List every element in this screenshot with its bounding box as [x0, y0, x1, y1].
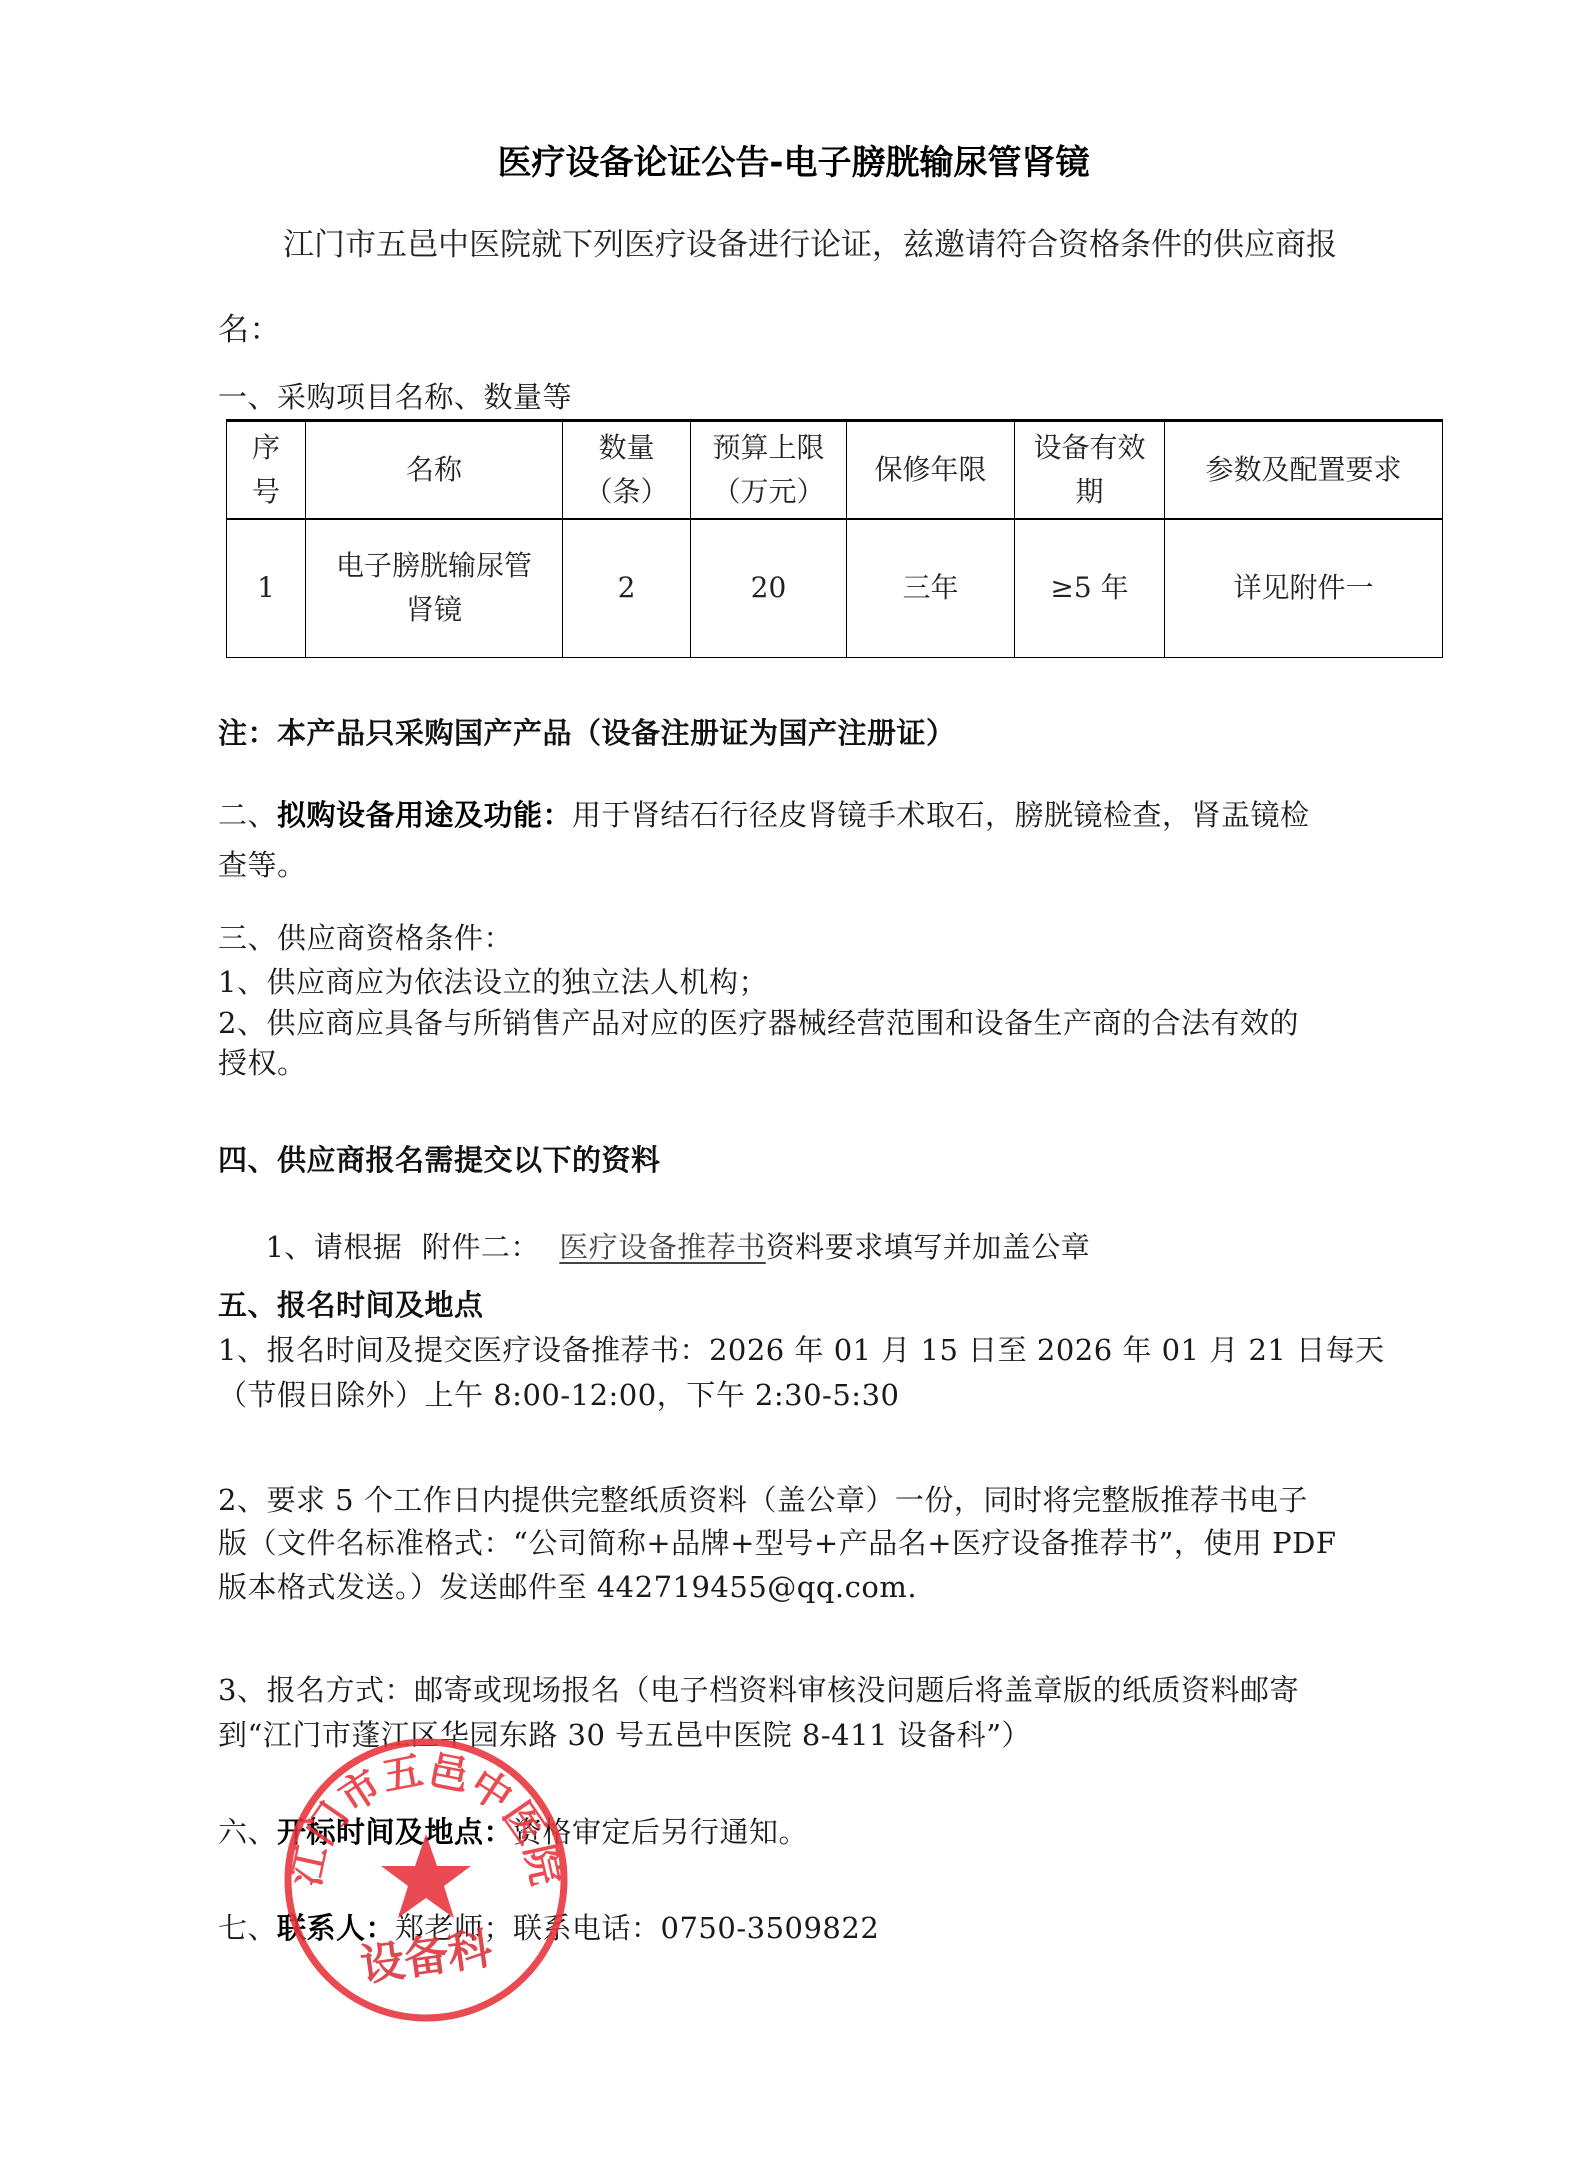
domestic-product-note: 注：本产品只采购国产产品（设备注册证为国产注册证）: [218, 713, 956, 753]
col-header-validity: 设备有效期: [1015, 421, 1165, 519]
section-4-heading: 四、供应商报名需提交以下的资料: [218, 1140, 661, 1180]
intro-text: 江门市五邑中医院就下列医疗设备进行论证，兹邀请符合资格条件的供应商报: [283, 224, 1337, 266]
qualification-item-2-continued: 授权。: [218, 1043, 307, 1083]
recommendation-form-link[interactable]: 医疗设备推荐书: [559, 1230, 766, 1264]
submission-requirement-line-3: 版本格式发送。）发送邮件至 442719455@qq.com.: [218, 1567, 917, 1607]
official-seal-stamp: 江门市五邑中医院 设备科: [282, 1736, 570, 2024]
section-7-prefix: 七、: [218, 1911, 277, 1945]
submission-requirement-line-1: 2、要求 5 个工作日内提供完整纸质资料（盖公章）一份，同时将完整版推荐书电子: [218, 1480, 1308, 1520]
cell-validity: ≥5 年: [1015, 519, 1165, 658]
section-6-text: 资格审定后另行通知。: [513, 1815, 808, 1849]
submission-requirement-line-2: 版（文件名标准格式：“公司简称+品牌+型号+产品名+医疗设备推荐书”，使用 PD…: [218, 1523, 1336, 1563]
col-header-requirements: 参数及配置要求: [1165, 421, 1443, 519]
section-6-prefix: 六、: [218, 1815, 277, 1849]
intro-text-continued: 名：: [218, 310, 281, 350]
registration-time-line-1: 1、报名时间及提交医疗设备推荐书：2026 年 01 月 15 日至 2026 …: [218, 1330, 1385, 1370]
table-header-row: 序号 名称 数量（条） 预算上限（万元） 保修年限 设备有效期 参数及配置要求: [227, 421, 1443, 519]
section-2-label: 拟购设备用途及功能：: [277, 798, 572, 832]
table-row: 1 电子膀胱输尿管肾镜 2 20 三年 ≥5 年 详见附件一: [227, 519, 1443, 658]
section-3-heading: 三、供应商资格条件：: [218, 918, 513, 958]
section-7-paragraph: 七、联系人：郑老师；联系电话：0750-3509822: [218, 1908, 879, 1948]
section-7-text: 郑老师；联系电话：0750-3509822: [395, 1911, 879, 1945]
cell-quantity: 2: [563, 519, 691, 658]
cell-budget: 20: [691, 519, 847, 658]
section-1-heading: 一、采购项目名称、数量等: [218, 377, 572, 417]
document-title: 医疗设备论证公告-电子膀胱输尿管肾镜: [0, 140, 1587, 186]
col-header-quantity: 数量（条）: [563, 421, 691, 519]
registration-method-line-1: 3、报名方式：邮寄或现场报名（电子档资料审核没问题后将盖章版的纸质资料邮寄: [218, 1670, 1299, 1710]
submission-item-suffix: 资料要求填写并加盖公章: [766, 1230, 1091, 1264]
section-2-paragraph: 二、拟购设备用途及功能：用于肾结石行径皮肾镜手术取石，膀胱镜检查，肾盂镜检: [218, 795, 1310, 835]
procurement-table: 序号 名称 数量（条） 预算上限（万元） 保修年限 设备有效期 参数及配置要求 …: [226, 419, 1443, 658]
col-header-budget: 预算上限（万元）: [691, 421, 847, 519]
section-7-label: 联系人：: [277, 1911, 395, 1945]
registration-method-line-2: 到“江门市蓬江区华园东路 30 号五邑中医院 8-411 设备科”）: [218, 1715, 1031, 1755]
col-header-index: 序号: [227, 421, 306, 519]
section-2-text: 用于肾结石行径皮肾镜手术取石，膀胱镜检查，肾盂镜检: [572, 798, 1310, 832]
cell-name: 电子膀胱输尿管肾镜: [306, 519, 563, 658]
col-header-name: 名称: [306, 421, 563, 519]
col-header-warranty: 保修年限: [847, 421, 1015, 519]
section-6-paragraph: 六、开标时间及地点：资格审定后另行通知。: [218, 1812, 808, 1852]
section-2-prefix: 二、: [218, 798, 277, 832]
submission-item-prefix: 1、请根据 附件二：: [265, 1230, 559, 1264]
section-2-text-continued: 查等。: [218, 845, 307, 885]
cell-warranty: 三年: [847, 519, 1015, 658]
submission-item-1: 1、请根据 附件二： 医疗设备推荐书资料要求填写并加盖公章: [246, 1187, 1090, 1267]
qualification-item-1: 1、供应商应为依法设立的独立法人机构；: [218, 962, 768, 1002]
registration-time-line-2: （节假日除外）上午 8:00-12:00，下午 2:30-5:30: [218, 1375, 899, 1415]
cell-requirements: 详见附件一: [1165, 519, 1443, 658]
section-5-heading: 五、报名时间及地点: [218, 1285, 484, 1325]
cell-index: 1: [227, 519, 306, 658]
section-6-label: 开标时间及地点：: [277, 1815, 513, 1849]
qualification-item-2: 2、供应商应具备与所销售产品对应的医疗器械经营范围和设备生产商的合法有效的: [218, 1003, 1299, 1043]
